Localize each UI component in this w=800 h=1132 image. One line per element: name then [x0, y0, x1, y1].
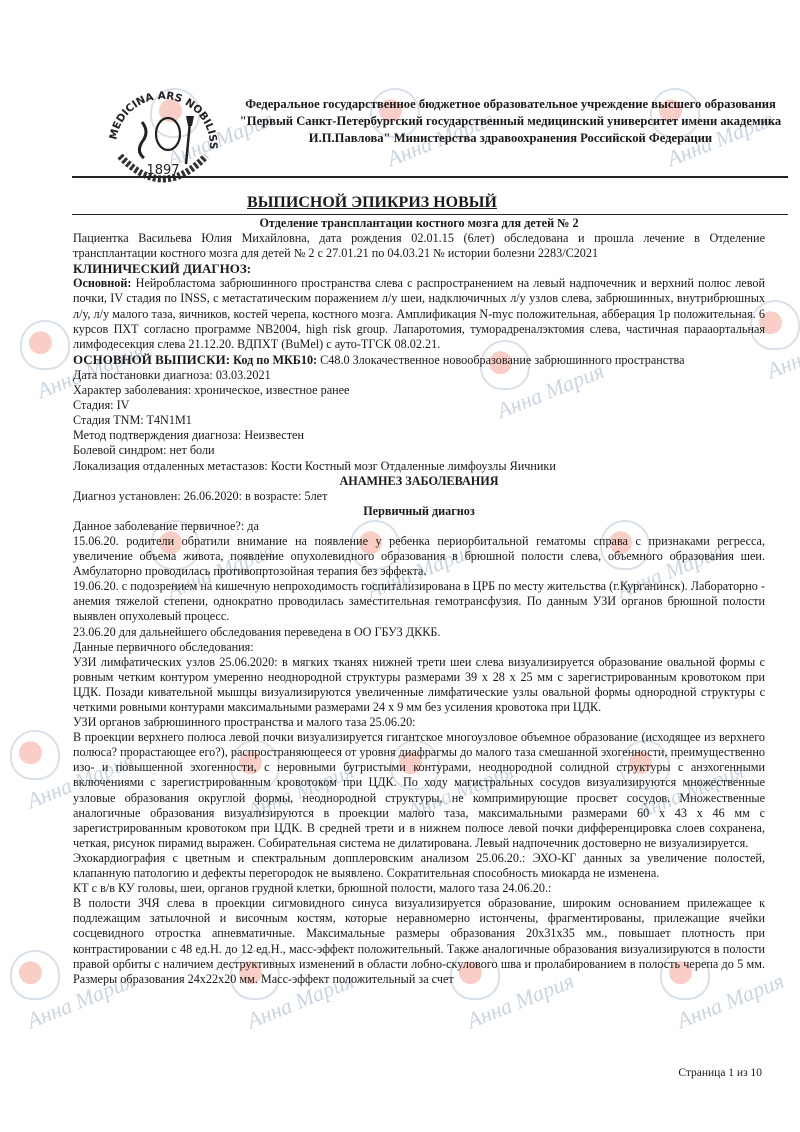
paragraph: 15.06.20. родители обратили внимание на …	[73, 534, 765, 579]
paragraph: КТ с в/в КУ головы, шеи, органов грудной…	[73, 881, 765, 896]
icd-text: C48.0 Злокачественное новообразование за…	[317, 353, 684, 367]
field-pain-syndrome: Болевой синдром: нет боли	[73, 443, 765, 458]
department-heading: Отделение трансплантации костного мозга …	[73, 216, 765, 231]
paragraph: В проекции верхнего полюса левой почки в…	[73, 730, 765, 851]
header-divider	[72, 176, 788, 178]
main-diagnosis-label: Основной:	[73, 276, 131, 290]
paragraph: Данное заболевание первичное?: да	[73, 519, 765, 534]
paragraph: Эхокардиография с цветным и спектральным…	[73, 851, 765, 881]
patient-intro: Пациентка Васильева Юлия Михайловна, дат…	[73, 231, 765, 261]
field-metastases: Локализация отдаленных метастазов: Кости…	[73, 459, 765, 474]
paragraph: УЗИ лимфатических узлов 25.06.2020: в мя…	[73, 655, 765, 715]
primary-diagnosis-heading: Первичный диагноз	[73, 504, 765, 519]
university-seal-logo: MEDICINA ARS NOBILISSIMA 1897	[98, 74, 228, 199]
field-confirmation-method: Метод подтверждения диагноза: Неизвестен	[73, 428, 765, 443]
svg-text:MEDICINA ARS NOBILISSIMA: MEDICINA ARS NOBILISSIMA	[98, 74, 219, 149]
anamnesis-heading: АНАМНЕЗ ЗАБОЛЕВАНИЯ	[73, 474, 765, 489]
paragraph: 23.06.20 для дальнейшего обследования пе…	[73, 625, 765, 640]
field-disease-character: Характер заболевания: хроническое, извес…	[73, 383, 765, 398]
field-tnm-stage: Стадия TNM: T4N1M1	[73, 413, 765, 428]
diagnosis-established: Диагноз установлен: 26.06.2020: в возрас…	[73, 489, 765, 504]
paragraph: В полости ЗЧЯ слева в проекции сигмовидн…	[73, 896, 765, 987]
discharge-label: ОСНОВНОЙ ВЫПИСКИ:	[73, 352, 230, 367]
page-number: Страница 1 из 10	[678, 1067, 762, 1079]
seal-motto: MEDICINA ARS NOBILISSIMA	[98, 74, 219, 149]
discharge-diagnosis: ОСНОВНОЙ ВЫПИСКИ: Код по МКБ10: C48.0 Зл…	[73, 352, 765, 368]
main-diagnosis-text: Нейробластома забрюшинного пространства …	[73, 276, 765, 350]
paragraph: Данные первичного обследования:	[73, 640, 765, 655]
document-title: ВЫПИСНОЙ ЭПИКРИЗ НОВЫЙ	[72, 194, 672, 212]
main-diagnosis: Основной: Нейробластома забрюшинного про…	[73, 276, 765, 351]
icd-label: Код по МКБ10:	[230, 353, 317, 367]
field-stage: Стадия: IV	[73, 398, 765, 413]
paragraph: УЗИ органов забрюшинного пространства и …	[73, 715, 765, 730]
field-diagnosis-date: Дата постановки диагноза: 03.03.2021	[73, 368, 765, 383]
clinical-diagnosis-heading: КЛИНИЧЕСКИЙ ДИАГНОЗ:	[73, 261, 765, 276]
paragraph: 19.06.20. с подозрением на кишечную непр…	[73, 579, 765, 624]
title-divider	[72, 214, 788, 215]
document-body: Отделение трансплантации костного мозга …	[73, 216, 765, 987]
document-header: MEDICINA ARS NOBILISSIMA 1897 Федерально…	[98, 74, 788, 184]
organization-name: Федеральное государственное бюджетное об…	[238, 96, 783, 147]
